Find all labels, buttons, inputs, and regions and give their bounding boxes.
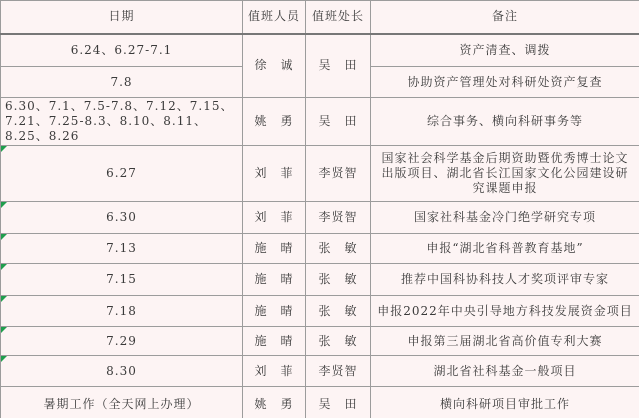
- director-cell: 张 敏: [306, 264, 371, 296]
- table-row: 6.27 刘 菲 李贤智 国家社会科学基金后期资助暨优秀博士论文出版项目、湖北省…: [1, 146, 639, 202]
- date-cell: 6.30、7.1、7.5-7.8、7.12、7.15、7.21、7.25-8.3…: [1, 98, 243, 146]
- director-cell: 吴 田: [306, 34, 371, 98]
- header-remark: 备注: [371, 1, 639, 34]
- date-cell: 7.15: [1, 264, 243, 296]
- remark-cell: 申报第三届湖北省高价值专利大赛: [371, 327, 639, 356]
- person-cell: 姚 勇: [243, 98, 306, 146]
- person-cell: 刘 菲: [243, 202, 306, 234]
- table-row: 7.13 施 晴 张 敏 申报“湖北省科普教育基地”: [1, 234, 639, 264]
- header-date: 日期: [1, 1, 243, 34]
- date-text: 6.30: [106, 210, 137, 224]
- table-row: 8.30 刘 菲 李贤智 湖北省社科基金一般项目: [1, 356, 639, 387]
- date-text: 7.29: [106, 334, 137, 348]
- director-cell: 张 敏: [306, 296, 371, 327]
- remark-cell: 湖北省社科基金一般项目: [371, 356, 639, 387]
- header-person: 值班人员: [243, 1, 306, 34]
- duty-schedule-table: 日期 值班人员 值班处长 备注 6.24、6.27-7.1 徐 诚 吴 田 资产…: [0, 0, 639, 418]
- remark-cell: 申报“湖北省科普教育基地”: [371, 234, 639, 264]
- person-cell: 施 晴: [243, 296, 306, 327]
- table-row: 6.30、7.1、7.5-7.8、7.12、7.15、7.21、7.25-8.3…: [1, 98, 639, 146]
- remark-cell: 资产清查、调拨: [371, 34, 639, 67]
- person-cell: 徐 诚: [243, 34, 306, 98]
- director-cell: 吴 田: [306, 387, 371, 418]
- date-cell: 7.18: [1, 296, 243, 327]
- remark-cell: 国家社会科学基金后期资助暨优秀博士论文出版项目、湖北省长江国家文化公园建设研究课…: [371, 146, 639, 202]
- header-director: 值班处长: [306, 1, 371, 34]
- person-cell: 姚 勇: [243, 387, 306, 418]
- cell-error-flag-icon: [1, 264, 7, 270]
- date-text: 8.30: [106, 364, 137, 378]
- date-cell: 7.8: [1, 67, 243, 98]
- director-cell: 李贤智: [306, 356, 371, 387]
- table-row: 暑期工作（全天网上办理） 姚 勇 吴 田 横向科研项目审批工作: [1, 387, 639, 418]
- date-cell: 暑期工作（全天网上办理）: [1, 387, 243, 418]
- cell-error-flag-icon: [1, 296, 7, 302]
- table-row: 7.29 施 晴 张 敏 申报第三届湖北省高价值专利大赛: [1, 327, 639, 356]
- person-cell: 刘 菲: [243, 356, 306, 387]
- date-cell: 6.24、6.27-7.1: [1, 34, 243, 67]
- director-cell: 吴 田: [306, 98, 371, 146]
- director-cell: 张 敏: [306, 234, 371, 264]
- table-row: 6.30 刘 菲 李贤智 国家社科基金冷门绝学研究专项: [1, 202, 639, 234]
- table-row: 7.15 施 晴 张 敏 推荐中国科协科技人才奖项评审专家: [1, 264, 639, 296]
- table-row: 7.18 施 晴 张 敏 申报2022年中央引导地方科技发展资金项目: [1, 296, 639, 327]
- person-cell: 施 晴: [243, 234, 306, 264]
- date-cell: 8.30: [1, 356, 243, 387]
- cell-error-flag-icon: [1, 234, 7, 240]
- cell-error-flag-icon: [1, 327, 7, 333]
- table-row: 6.24、6.27-7.1 徐 诚 吴 田 资产清查、调拨: [1, 34, 639, 67]
- cell-error-flag-icon: [1, 146, 7, 152]
- director-cell: 张 敏: [306, 327, 371, 356]
- remark-cell: 申报2022年中央引导地方科技发展资金项目: [371, 296, 639, 327]
- remark-cell: 协助资产管理处对科研处资产复查: [371, 67, 639, 98]
- table-header-row: 日期 值班人员 值班处长 备注: [1, 1, 639, 34]
- remark-cell: 推荐中国科协科技人才奖项评审专家: [371, 264, 639, 296]
- date-cell: 7.13: [1, 234, 243, 264]
- date-cell: 6.27: [1, 146, 243, 202]
- cell-error-flag-icon: [1, 202, 7, 208]
- date-cell: 6.30: [1, 202, 243, 234]
- date-text: 7.18: [106, 304, 137, 318]
- director-cell: 李贤智: [306, 202, 371, 234]
- remark-cell: 横向科研项目审批工作: [371, 387, 639, 418]
- person-cell: 刘 菲: [243, 146, 306, 202]
- date-cell: 7.29: [1, 327, 243, 356]
- date-text: 7.13: [106, 241, 137, 255]
- cell-error-flag-icon: [1, 356, 7, 362]
- person-cell: 施 晴: [243, 264, 306, 296]
- date-text: 6.27: [106, 166, 137, 180]
- director-cell: 李贤智: [306, 146, 371, 202]
- person-cell: 施 晴: [243, 327, 306, 356]
- remark-cell: 综合事务、横向科研事务等: [371, 98, 639, 146]
- date-text: 7.15: [106, 272, 137, 286]
- remark-cell: 国家社科基金冷门绝学研究专项: [371, 202, 639, 234]
